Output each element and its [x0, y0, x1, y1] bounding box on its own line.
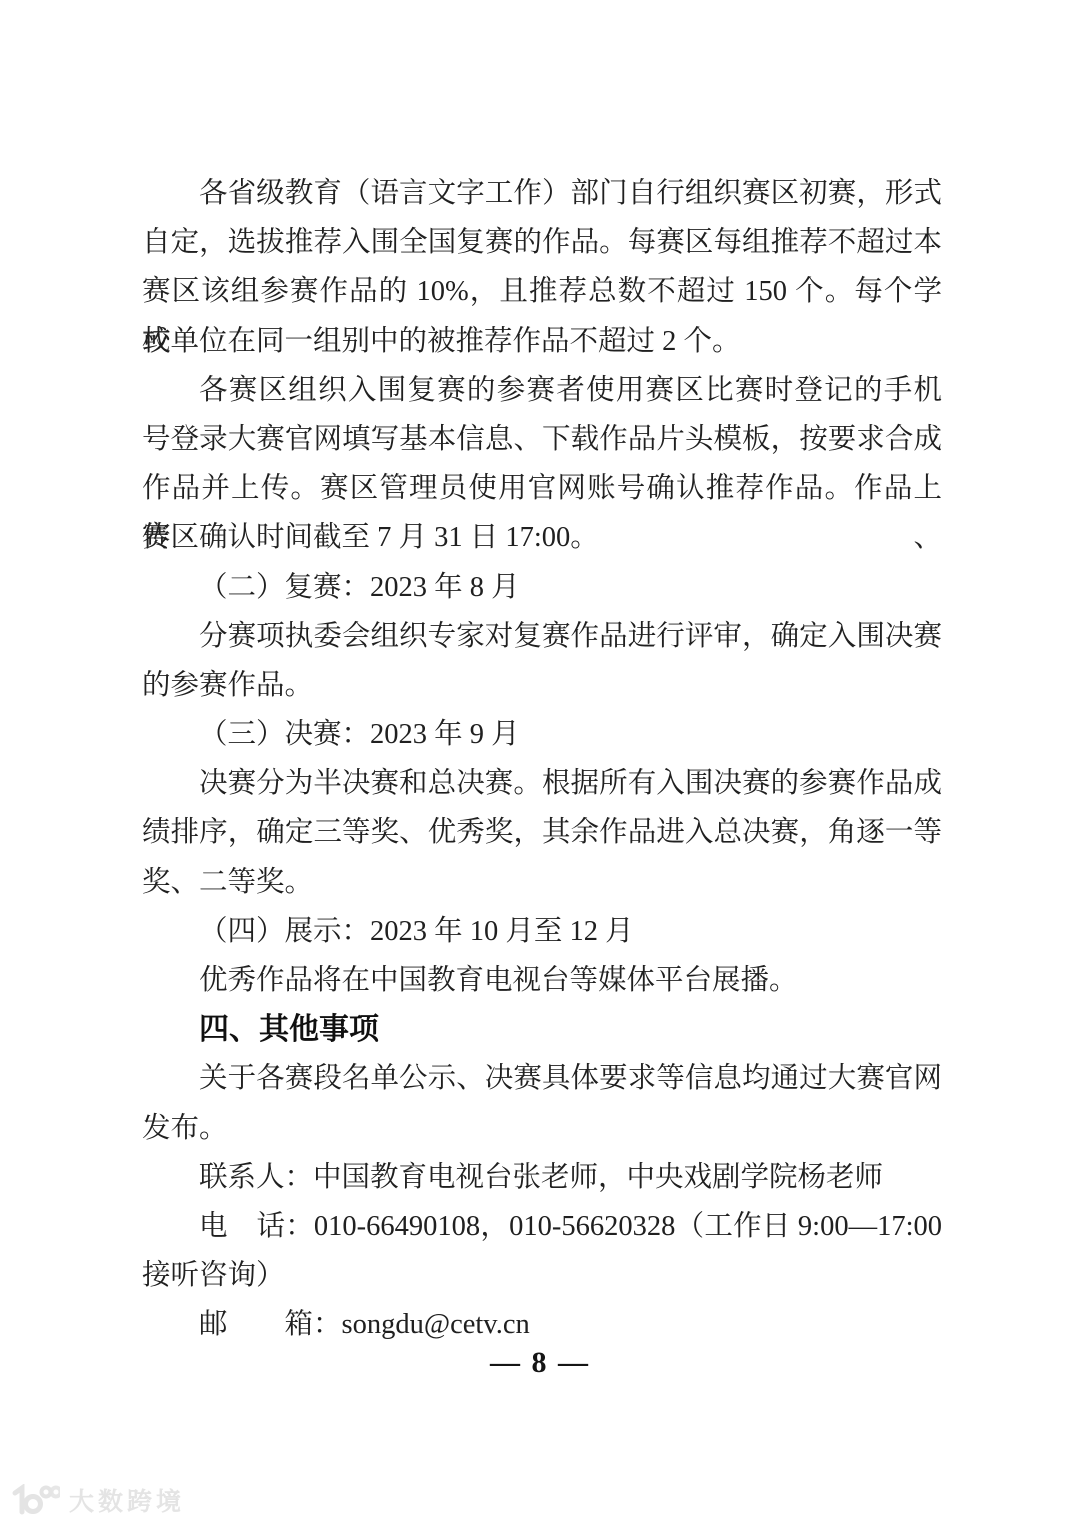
contact-phone-line: 电 话：010-66490108，010-56620328（工作日 9:00—1…	[142, 1202, 942, 1251]
document-body: 各省级教育（语言文字工作）部门自行组织赛区初赛，形式 自定，选拔推荐入围全国复赛…	[142, 169, 942, 1350]
watermark-text: 大数跨境	[69, 1482, 185, 1518]
subsection-heading: （二）复赛：2023 年 8 月	[142, 563, 942, 612]
page-number: — 8 —	[0, 1338, 1080, 1387]
doc-line: 赛区该组参赛作品的 10%，且推荐总数不超过 150 个。每个学校	[142, 267, 942, 316]
doc-line: 关于各赛段名单公示、决赛具体要求等信息均通过大赛官网	[142, 1054, 942, 1103]
doc-line: 的参赛作品。	[142, 661, 942, 710]
section-heading: 四、其他事项	[142, 1005, 942, 1054]
doc-line: 绩排序，确定三等奖、优秀奖，其余作品进入总决赛，角逐一等	[142, 808, 942, 857]
doc-line: 或单位在同一组别中的被推荐作品不超过 2 个。	[142, 317, 942, 366]
doc-line: 奖、二等奖。	[142, 858, 942, 907]
watermark-logo-icon	[12, 1484, 60, 1516]
doc-line: 各省级教育（语言文字工作）部门自行组织赛区初赛，形式	[142, 169, 942, 218]
contact-person-line: 联系人：中国教育电视台张老师，中央戏剧学院杨老师	[142, 1153, 942, 1202]
watermark: 大数跨境	[12, 1482, 185, 1518]
doc-line: 号登录大赛官网填写基本信息、下载作品片头模板，按要求合成	[142, 415, 942, 464]
doc-line: 决赛分为半决赛和总决赛。根据所有入围决赛的参赛作品成	[142, 759, 942, 808]
doc-line: 作品并上传。赛区管理员使用官网账号确认推荐作品。作品上传、	[142, 464, 942, 513]
doc-line: 各赛区组织入围复赛的参赛者使用赛区比赛时登记的手机	[142, 366, 942, 415]
subsection-heading: （四）展示：2023 年 10 月至 12 月	[142, 907, 942, 956]
document-page: 各省级教育（语言文字工作）部门自行组织赛区初赛，形式 自定，选拔推荐入围全国复赛…	[0, 0, 1080, 1527]
doc-line: 自定，选拔推荐入围全国复赛的作品。每赛区每组推荐不超过本	[142, 218, 942, 267]
doc-line: 分赛项执委会组织专家对复赛作品进行评审，确定入围决赛	[142, 612, 942, 661]
subsection-heading: （三）决赛：2023 年 9 月	[142, 710, 942, 759]
doc-line: 发布。	[142, 1104, 942, 1153]
doc-line: 优秀作品将在中国教育电视台等媒体平台展播。	[142, 956, 942, 1005]
contact-phone-line: 接听咨询）	[142, 1251, 942, 1300]
